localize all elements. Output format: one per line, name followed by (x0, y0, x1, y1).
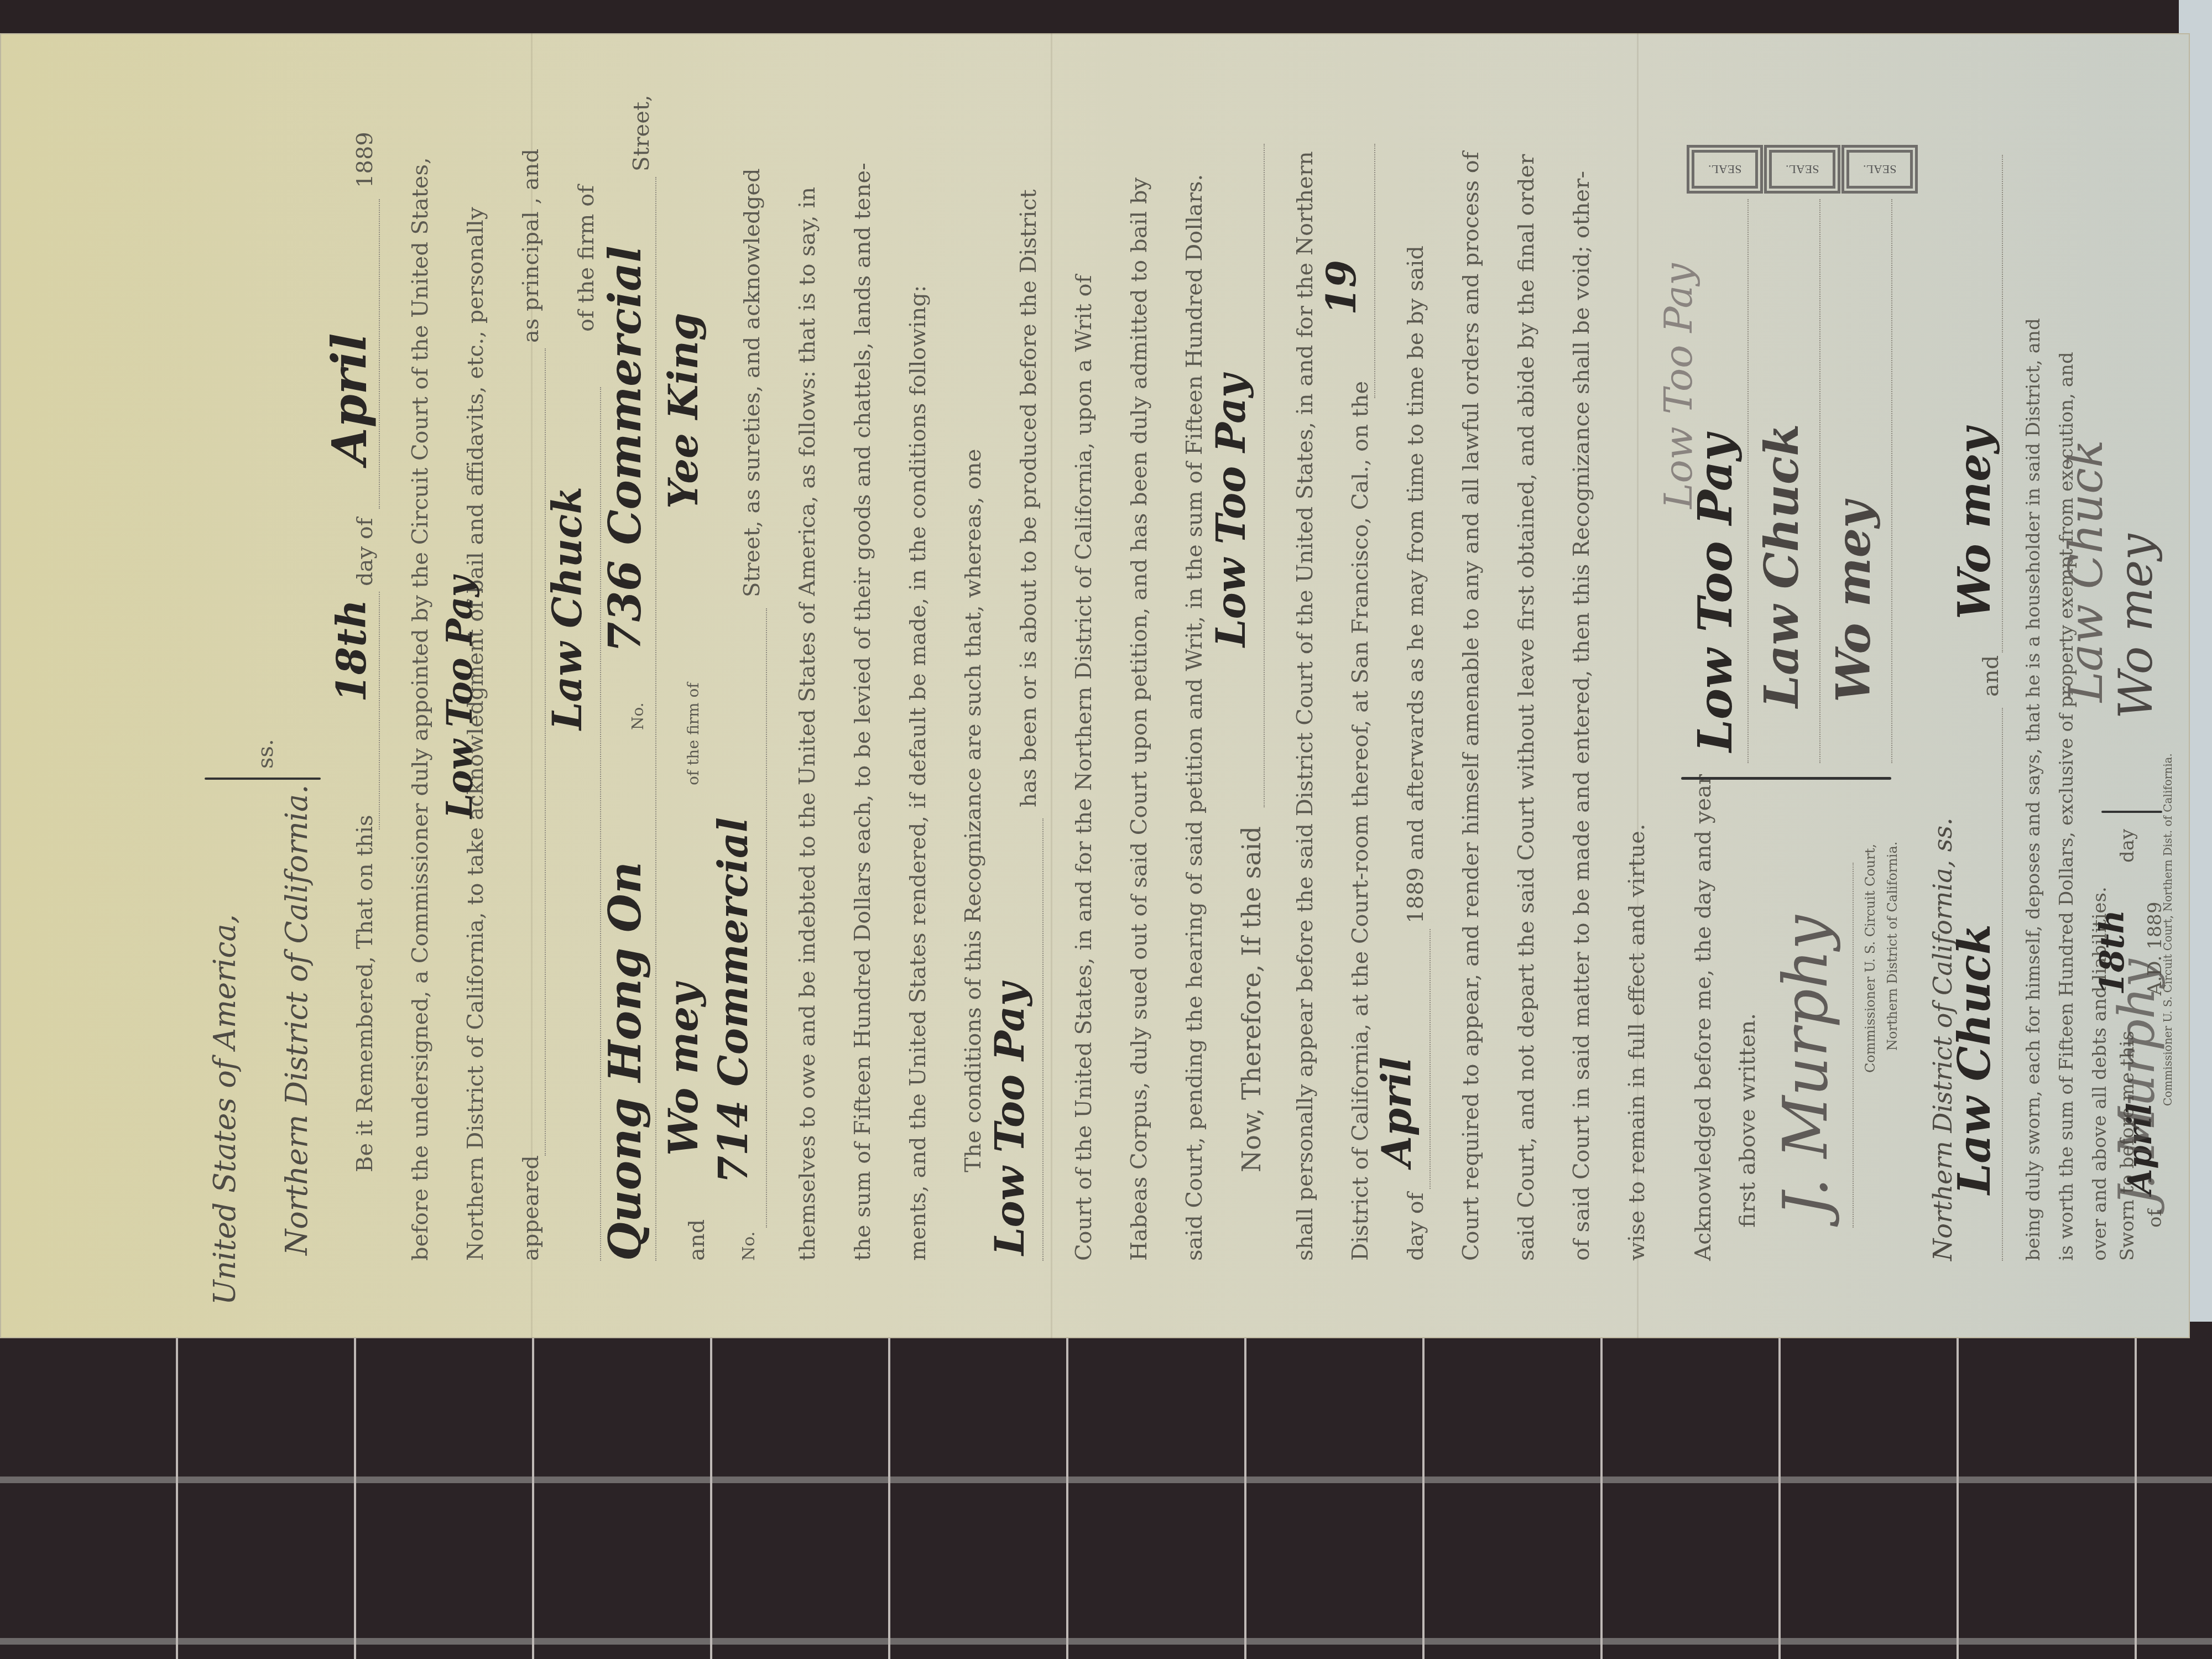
commissioner-signature: J. Murphy (1775, 915, 1836, 1217)
signature-line (1853, 863, 1854, 1228)
body-text: shall personally appear before the said … (1294, 151, 1316, 1261)
body-text: of said Court in said matter to be made … (1571, 171, 1593, 1261)
body-text: Street, as sureties, and acknowledged (741, 168, 763, 597)
tiled-floor (0, 1322, 2212, 1659)
fill-line (1430, 929, 1431, 1189)
fill-line (2002, 708, 2003, 1261)
handwritten-month: April (1377, 1057, 1417, 1167)
handwritten-surety-name: Wo mey (664, 983, 703, 1156)
signature-line (1891, 199, 1892, 763)
seal-label: SEAL. (1708, 163, 1742, 175)
seal-label: SEAL. (1863, 163, 1897, 175)
seal-box: SEAL. (1687, 145, 1763, 194)
seal-label: SEAL. (1786, 163, 1819, 175)
body-text: The conditions of this Recognizance are … (962, 449, 984, 1172)
body-text: Habeas Corpus, duly sued out of said Cou… (1128, 178, 1150, 1261)
body-text: day of (354, 518, 376, 586)
body-text: themselves to owe and be indebted to the… (796, 187, 818, 1261)
fill-line (545, 348, 546, 1156)
handwritten-month: April (326, 333, 374, 465)
signature-line (1819, 199, 1820, 763)
body-text: appeared (520, 1155, 542, 1261)
affiant-signature: Wo mey (2112, 534, 2159, 719)
fill-line (379, 199, 380, 509)
fill-line (2002, 155, 2003, 653)
affidavit-text: being duly sworn, each for himself, depo… (2024, 318, 2043, 1261)
body-text: Now, Therefore, If the said (1239, 826, 1264, 1172)
fill-line (1264, 144, 1265, 807)
commissioner-signature: J. Murphy (2112, 959, 2162, 1206)
handwritten-address: 736 Commercial (603, 246, 647, 653)
affidavit-text: of (2146, 1209, 2164, 1228)
body-text: Court of the United States, in and for t… (1073, 275, 1095, 1261)
body-text: said Court, and not depart the said Cour… (1515, 154, 1537, 1261)
header-brace (205, 778, 321, 780)
fill-line (655, 177, 656, 1261)
body-text: Street, (630, 95, 653, 171)
body-text: Court required to appear, and render him… (1460, 152, 1482, 1261)
body-text: wise to remain in full effect and virtue… (1626, 824, 1648, 1261)
body-text: Be it Remembered, That on this (354, 815, 376, 1172)
fill-line (1042, 818, 1044, 1261)
body-text: 1889 (354, 132, 376, 188)
affidavit-text: and (1980, 655, 2002, 697)
body-text: and (686, 1219, 708, 1261)
affidavit-text: day (2118, 829, 2137, 863)
body-text: of the firm of (575, 185, 597, 332)
commissioner-title: Commissioner U. S. Circuit Court, Northe… (2162, 753, 2173, 1106)
body-text: has been or is about to be produced befo… (1018, 190, 1040, 808)
surety-signature: Wo mey (1830, 501, 1877, 702)
handwritten-principal-name: Low Too Pay (442, 576, 478, 818)
commissioner-title: Northern District of California. (1886, 842, 1899, 1051)
handwritten-surety-name: Law Chuck (547, 487, 587, 730)
handwritten-principal-name: Low Too Pay (990, 983, 1030, 1255)
handwritten-firm: Yee King (664, 313, 703, 509)
body-text: District of California, at the Court-roo… (1349, 381, 1371, 1261)
fill-line (379, 592, 380, 830)
body-text: said Court, pending the hearing of said … (1183, 174, 1206, 1261)
body-text: as principal , and (520, 149, 542, 343)
affidavit-brace (2101, 811, 2162, 813)
body-text: No. (741, 1232, 758, 1261)
header-district: Northern District of California. (282, 785, 312, 1255)
header-ss: ss. (254, 739, 276, 769)
body-text: No. (630, 702, 646, 730)
body-text: day of (1405, 1192, 1427, 1261)
fill-line (1374, 144, 1375, 398)
body-text: 1889 and afterwards as he may from time … (1405, 246, 1427, 924)
faint-signature: Low Too Pay (1659, 263, 1698, 509)
handwritten-principal-name: Low Too Pay (1211, 374, 1251, 647)
recognizance-document: United States of America, Northern Distr… (22, 88, 2179, 1338)
signature-line (1747, 199, 1749, 763)
handwritten-date-day: 19 (1322, 260, 1361, 315)
seal-box: SEAL. (1841, 145, 1918, 194)
handwritten-day: 18th (332, 599, 372, 702)
signature-brace (1681, 777, 1891, 780)
surety-signature: Law Chuck (1759, 424, 1805, 708)
body-text: of the firm of (686, 682, 701, 785)
handwritten-address: 714 Commercial (713, 817, 753, 1183)
acknowledgment-text: first above written. (1736, 1013, 1759, 1228)
body-text: ments, and the United States rendered, i… (907, 285, 929, 1261)
handwritten-firm: Quong Hong On (603, 862, 647, 1261)
commissioner-title: Commissioner U. S. Circuit Court, (1864, 844, 1877, 1073)
acknowledgment-text: Acknowledged before me, the day and year (1692, 774, 1714, 1261)
fill-line (766, 608, 767, 1228)
seal-box: SEAL. (1764, 145, 1840, 194)
body-text: the sum of Fifteen Hundred Dollars each,… (852, 163, 874, 1261)
affiant-signature: Law Chuck (2063, 440, 2109, 702)
header-country: United States of America, (210, 914, 240, 1305)
body-text: before the undersigned, a Commissioner d… (409, 157, 431, 1261)
handwritten-affiant: Law Chuck (1952, 924, 1996, 1194)
handwritten-affiant: Wo mey (1952, 427, 1996, 619)
